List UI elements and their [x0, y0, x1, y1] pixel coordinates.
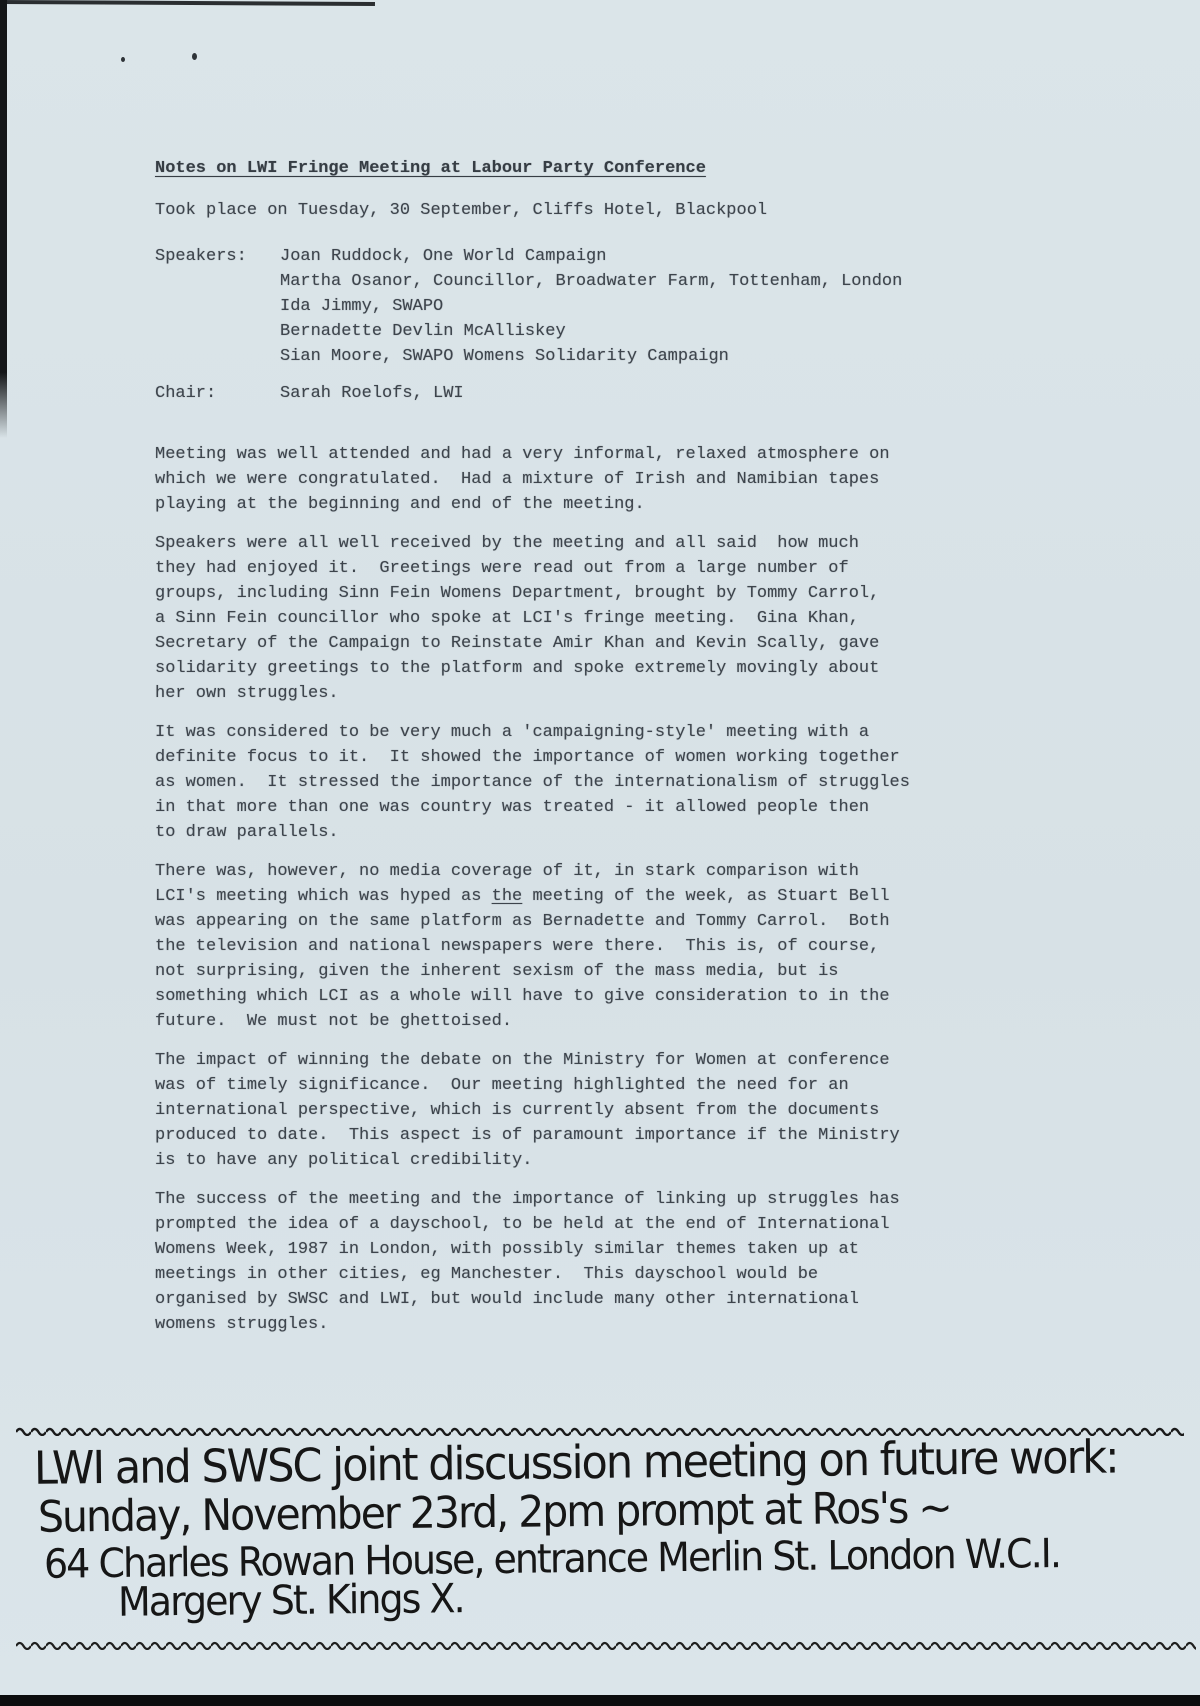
paragraph-4-post: meeting of the week, as Stuart Bell was … [155, 887, 890, 1031]
handwritten-note: LWI and SWSC joint discussion meeting on… [0, 1424, 1200, 1650]
chair-section: Chair: Sarah Roelofs, LWI [155, 381, 1015, 406]
paragraph-3: It was considered to be very much a 'cam… [155, 720, 1015, 845]
chair-value: Sarah Roelofs, LWI [280, 381, 464, 406]
ink-dot [121, 57, 125, 62]
document-title: Notes on LWI Fringe Meeting at Labour Pa… [155, 156, 1015, 181]
chair-label: Chair: [155, 381, 280, 406]
ink-dot [192, 53, 197, 60]
paragraph-1: Meeting was well attended and had a very… [155, 442, 1015, 517]
meeting-details: Took place on Tuesday, 30 September, Cli… [155, 198, 1015, 223]
speakers-section: Speakers: Joan Ruddock, One World Campai… [155, 244, 1015, 369]
paragraph-6: The success of the meeting and the impor… [155, 1187, 1015, 1337]
speaker-item: Martha Osanor, Councillor, Broadwater Fa… [280, 269, 902, 294]
speakers-list: Joan Ruddock, One World CampaignMartha O… [280, 244, 902, 369]
paragraph-5: The impact of winning the debate on the … [155, 1048, 1015, 1173]
scanned-page: Notes on LWI Fringe Meeting at Labour Pa… [0, 0, 1200, 1706]
speakers-label: Speakers: [155, 244, 280, 369]
speaker-item: Bernadette Devlin McAlliskey [280, 319, 902, 344]
speaker-item: Joan Ruddock, One World Campaign [280, 244, 902, 269]
wavy-divider-bottom [16, 1638, 1196, 1650]
chair-name: Sarah Roelofs, LWI [280, 381, 464, 406]
paragraph-2: Speakers were all well received by the m… [155, 531, 1015, 706]
paragraph-4: There was, however, no media coverage of… [155, 859, 1015, 1034]
scan-artifact-left-strip [0, 0, 7, 438]
scan-artifact-top-line [0, 0, 375, 6]
speaker-item: Ida Jimmy, SWAPO [280, 294, 902, 319]
paragraph-4-underlined-word: the [492, 887, 523, 906]
handwritten-line-4: Margery St. Kings X. [118, 1570, 1200, 1626]
typed-notes: Notes on LWI Fringe Meeting at Labour Pa… [155, 156, 1015, 1351]
speaker-item: Sian Moore, SWAPO Womens Solidarity Camp… [280, 344, 902, 369]
scan-artifact-bottom-bar [0, 1695, 1200, 1706]
